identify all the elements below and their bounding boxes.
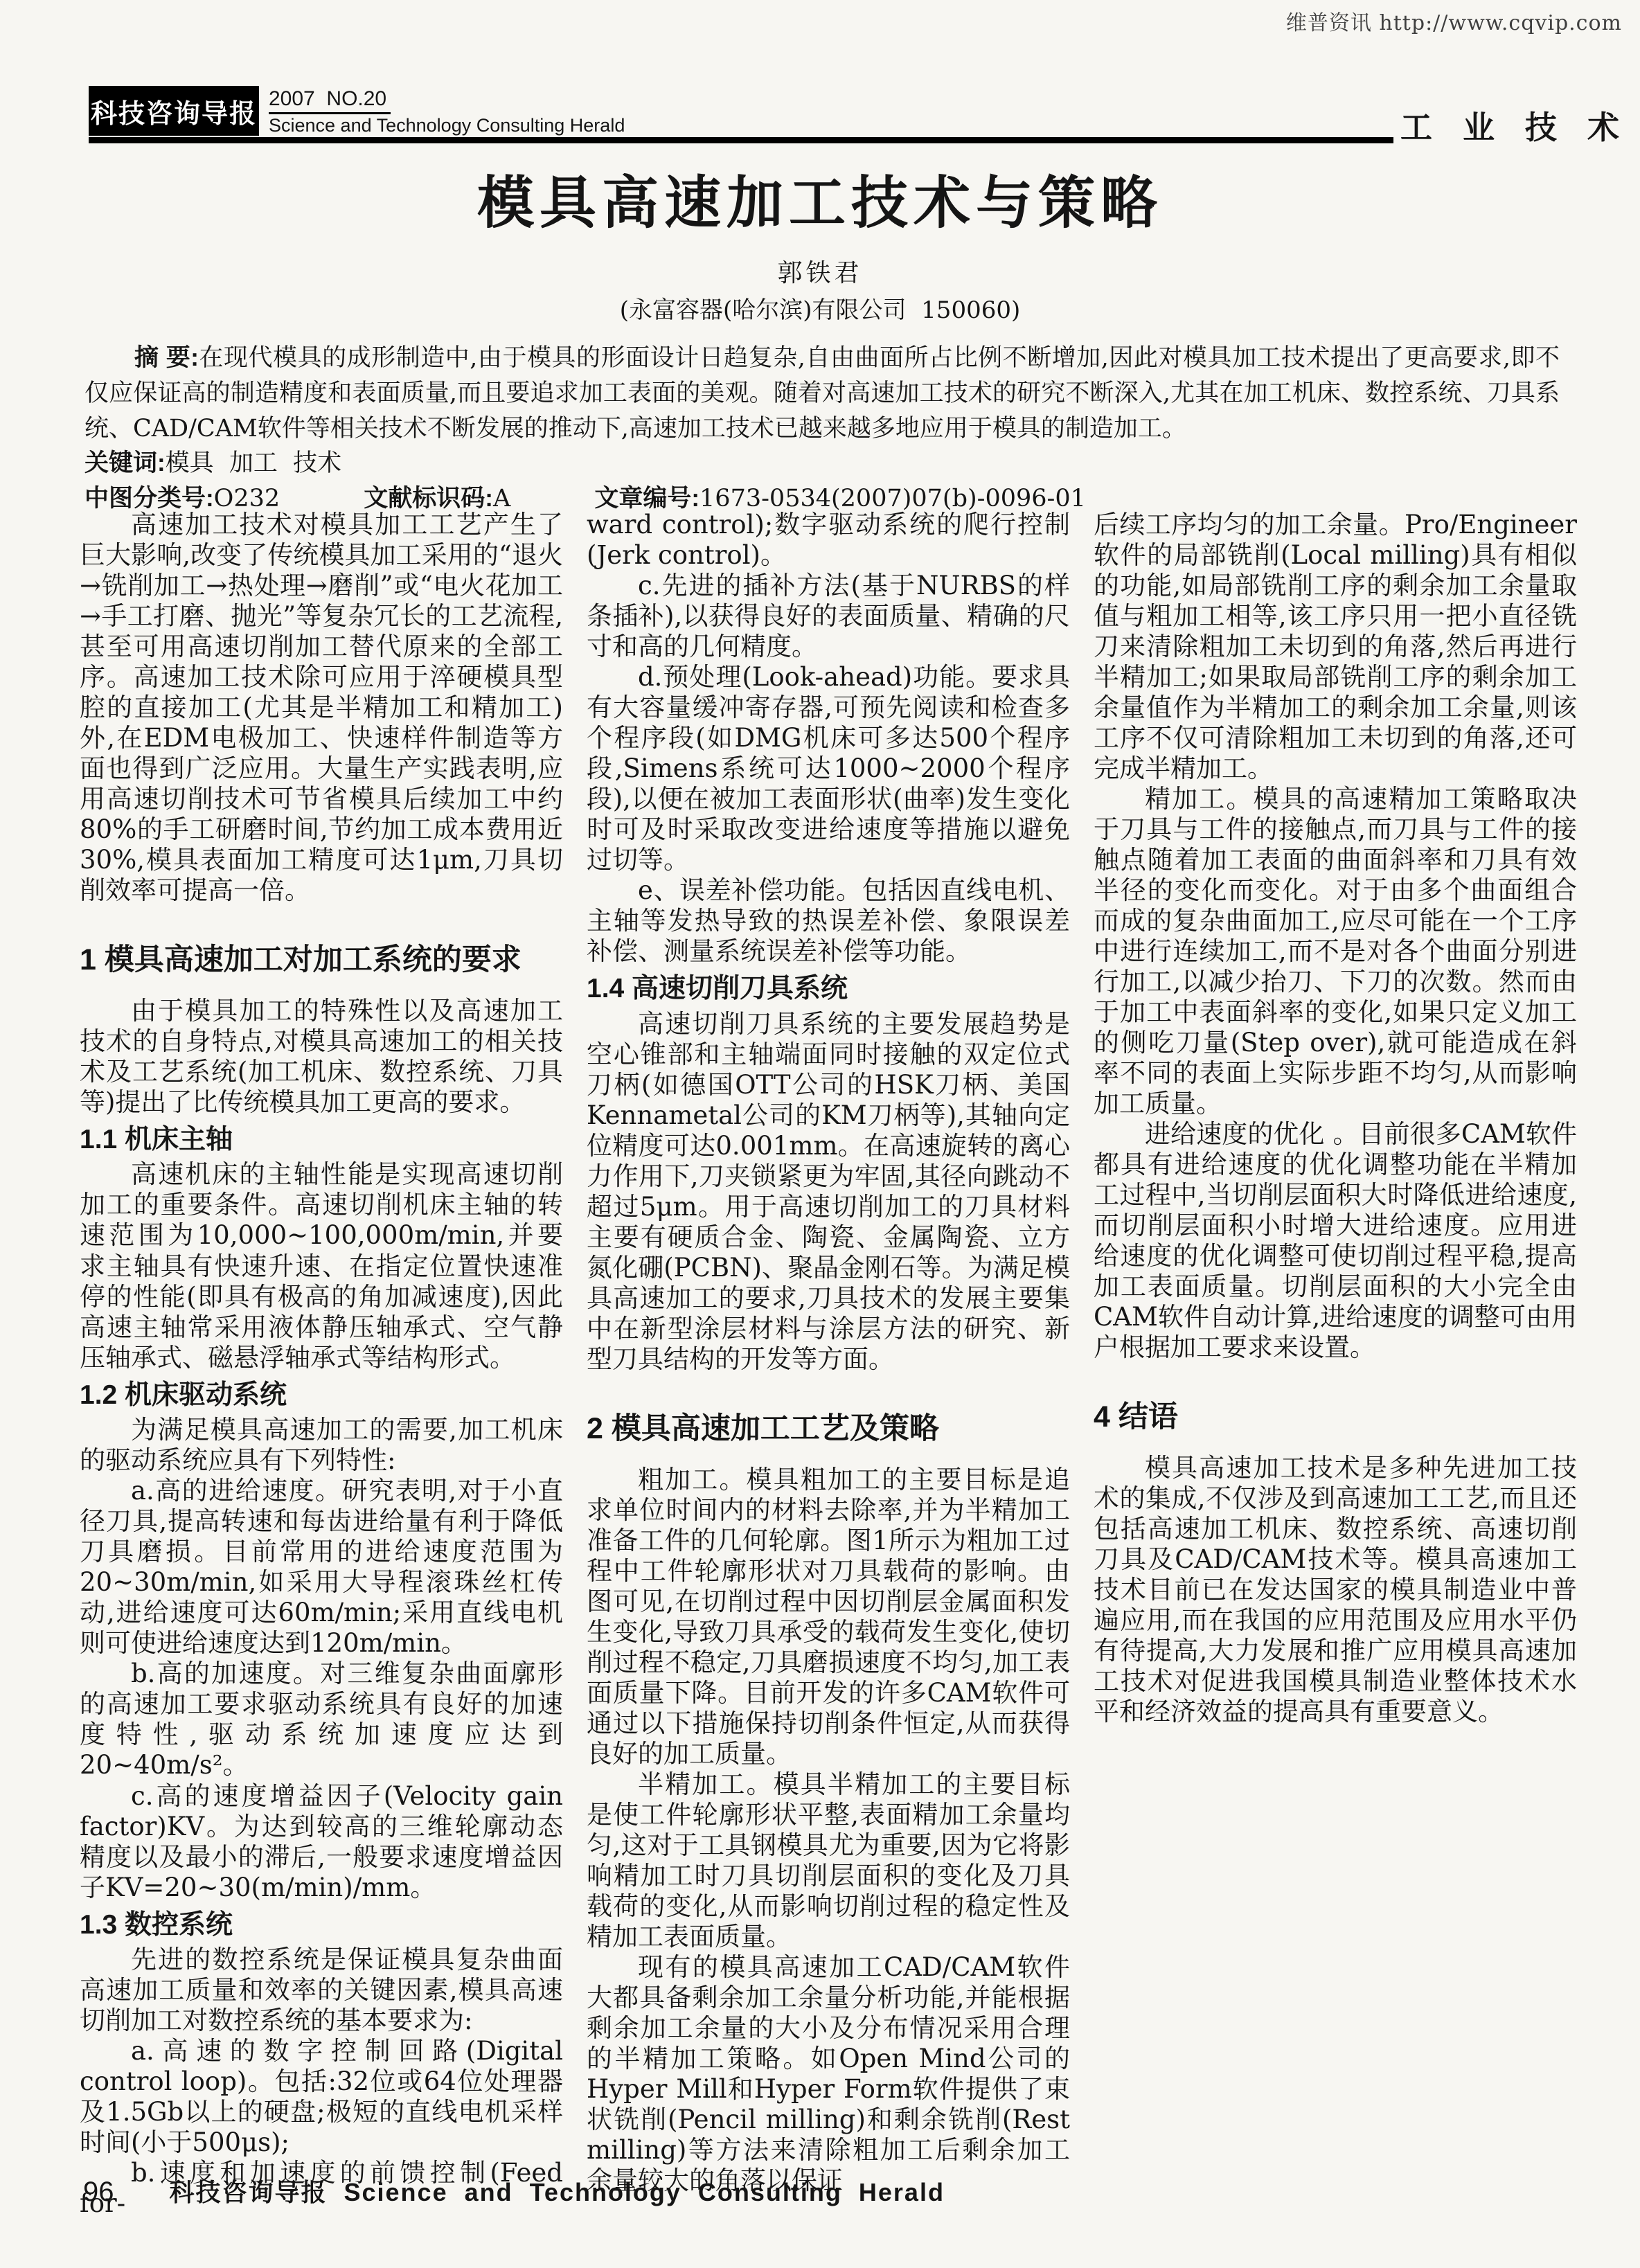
author-name: 郭铁君	[0, 253, 1640, 289]
watermark-text: 维普资讯 http://www.cqvip.com	[1286, 6, 1622, 36]
clc-label: 中图分类号:	[84, 485, 214, 512]
section-heading: 1 模具高速加工对加工系统的要求	[80, 943, 563, 977]
paragraph: e、误差补偿功能。包括因直线电机、主轴等发热导致的热误差补偿、象限误差补偿、测量…	[587, 875, 1070, 967]
page-number: 96	[83, 2177, 114, 2208]
paragraph: c.先进的插补方法(基于NURBS的样条插补),以获得良好的表面质量、精确的尺寸…	[587, 571, 1070, 662]
keywords-text: 模具 加工 技术	[166, 449, 342, 477]
text-column-3: 后续工序均匀的加工余量。Pro/Engineer软件的局部铣削(Local mi…	[1094, 510, 1577, 2219]
section-label: 工 业 技 术	[1400, 102, 1629, 148]
abstract: 摘 要:在现代模具的成形制造中,由于模具的形面设计日趋复杂,自由曲面所占比例不断…	[84, 341, 1560, 446]
journal-page: 维普资讯 http://www.cqvip.com 科技咨询导报 2007 NO…	[0, 0, 1640, 2268]
paragraph: a.高速的数字控制回路(Digital control loop)。包括:32位…	[80, 2036, 563, 2158]
issue-label: 2007 NO.20	[269, 87, 391, 114]
doc-code-value: A	[493, 485, 510, 512]
paragraph: 高速加工技术对模具加工工艺产生了巨大影响,改变了传统模具加工采用的“退火→铣削加…	[80, 510, 563, 906]
paragraph: 为满足模具高速加工的需要,加工机床的驱动系统应具有下列特性:	[80, 1415, 563, 1476]
doc-code-pair: 文献标识码:A	[364, 485, 510, 512]
keywords-label: 关键词:	[84, 449, 166, 476]
subsection-heading: 1.3 数控系统	[80, 1909, 563, 1943]
journal-name-en: Science and Technology Consulting Herald	[269, 115, 625, 136]
paragraph: b.高的加速度。对三维复杂曲面廓形的高速加工要求驱动系统具有良好的加速度特性,驱…	[80, 1659, 563, 1780]
paragraph: 半精加工。模具半精加工的主要目标是使工件轮廓形状平整,表面精加工余量均匀,这对于…	[587, 1769, 1070, 1952]
paragraph: 后续工序均匀的加工余量。Pro/Engineer软件的局部铣削(Local mi…	[1094, 510, 1577, 784]
article-id-label: 文章编号:	[594, 485, 699, 512]
text-column-1: 高速加工技术对模具加工工艺产生了巨大影响,改变了传统模具加工采用的“退火→铣削加…	[80, 510, 563, 2219]
section-heading: 4 结语	[1094, 1400, 1577, 1434]
paragraph: 精加工。模具的高速精加工策略取决于刀具与工件的接触点,而刀具与工件的接触点随着加…	[1094, 784, 1577, 1119]
text-column-2: ward control);数字驱动系统的爬行控制(Jerk control)。…	[587, 510, 1070, 2219]
keywords-line: 关键词:模具 加工 技术	[84, 446, 1560, 481]
paragraph: 进给速度的优化 。目前很多CAM软件都具有进给速度的优化调整功能在半精加工过程中…	[1094, 1119, 1577, 1363]
doc-code-label: 文献标识码:	[364, 485, 493, 512]
paragraph: c.高的速度增益因子(Velocity gain factor)KV。为达到较高…	[80, 1781, 563, 1903]
paragraph: 先进的数控系统是保证模具复杂曲面高速加工质量和效率的关键因素,模具高速切削加工对…	[80, 1945, 563, 2036]
paragraph: 现有的模具高速加工CAD/CAM软件大都具备剩余加工余量分析功能,并能根据剩余加…	[587, 1952, 1070, 2196]
article-title: 模具高速加工技术与策略	[0, 158, 1640, 239]
abstract-text: 在现代模具的成形制造中,由于模具的形面设计日趋复杂,自由曲面所占比例不断增加,因…	[84, 344, 1560, 443]
journal-logo: 科技咨询导报	[89, 86, 259, 136]
article-id-value: 1673-0534(2007)07(b)-0096-01	[699, 485, 1086, 512]
paragraph: ward control);数字驱动系统的爬行控制(Jerk control)。	[587, 510, 1070, 571]
paragraph: a.高的进给速度。研究表明,对于小直径刀具,提高转速和每齿进给量有利于降低刀具磨…	[80, 1476, 563, 1659]
meta-block: 摘 要:在现代模具的成形制造中,由于模具的形面设计日趋复杂,自由曲面所占比例不断…	[84, 341, 1560, 517]
paragraph: d.预处理(Look-ahead)功能。要求具有大容量缓冲寄存器,可预先阅读和检…	[587, 662, 1070, 875]
page-footer: 96 科技咨询导报 Science and Technology Consult…	[83, 2173, 945, 2208]
paragraph: 高速机床的主轴性能是实现高速切削加工的重要条件。高速切削机床主轴的转速范围为10…	[80, 1159, 563, 1373]
clc-value: O232	[214, 485, 280, 512]
subsection-heading: 1.4 高速切削刀具系统	[587, 972, 1070, 1006]
footer-journal-name: 科技咨询导报 Science and Technology Consulting…	[170, 2173, 945, 2208]
masthead-divider	[89, 137, 1393, 143]
author-affiliation: (永富容器(哈尔滨)有限公司 150060)	[0, 291, 1640, 325]
subsection-heading: 1.2 机床驱动系统	[80, 1379, 563, 1413]
abstract-label: 摘 要:	[134, 344, 199, 371]
article-body: 高速加工技术对模具加工工艺产生了巨大影响,改变了传统模具加工采用的“退火→铣削加…	[80, 510, 1577, 2219]
paragraph: 由于模具加工的特殊性以及高速加工技术的自身特点,对模具高速加工的相关技术及工艺系…	[80, 996, 563, 1118]
paragraph: 模具高速加工技术是多种先进加工技术的集成,不仅涉及到高速加工工艺,而且还包括高速…	[1094, 1453, 1577, 1727]
article-id-pair: 文章编号:1673-0534(2007)07(b)-0096-01	[594, 485, 1086, 512]
paragraph: 高速切削刀具系统的主要发展趋势是空心锥部和主轴端面同时接触的双定位式刀柄(如德国…	[587, 1009, 1070, 1375]
section-heading: 2 模具高速加工工艺及策略	[587, 1412, 1070, 1446]
subsection-heading: 1.1 机床主轴	[80, 1123, 563, 1157]
paragraph: 粗加工。模具粗加工的主要目标是追求单位时间内的材料去除率,并为半精加工准备工件的…	[587, 1465, 1070, 1769]
clc-pair: 中图分类号:O232	[84, 485, 280, 512]
